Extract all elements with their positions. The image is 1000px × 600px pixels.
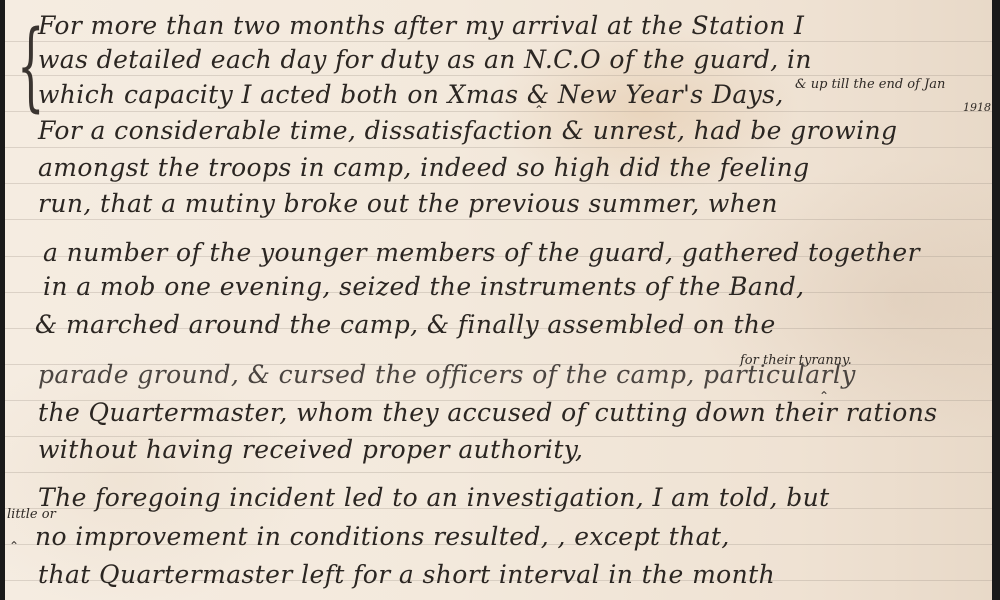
insertion-caret-icon: ⌃: [534, 104, 544, 116]
insertion-caret-icon: ⌃: [9, 540, 19, 552]
scan-frame: { For more than two months after my arri…: [0, 0, 1000, 600]
text-line-1: For more than two months after my arriva…: [38, 13, 804, 38]
insertion-line-3: & up till the end of Jan: [795, 78, 945, 91]
text-line-10: parade ground, & cursed the officers of …: [38, 362, 856, 387]
text-line-3: which capacity I acted both on Xmas & Ne…: [38, 82, 784, 107]
text-line-15: that Quartermaster left for a short inte…: [38, 562, 775, 587]
text-line-14: no improvement in conditions resulted, ,…: [35, 524, 730, 549]
text-line-9: & marched around the camp, & finally ass…: [35, 312, 776, 337]
ruled-line: [5, 183, 992, 184]
ruled-line: [5, 41, 992, 42]
text-line-6: run, that a mutiny broke out the previou…: [38, 191, 778, 216]
insertion-caret-icon: ⌃: [819, 390, 829, 402]
margin-insertion-line-14: little or: [7, 508, 56, 521]
text-line-4: For a considerable time, dissatisfaction…: [38, 118, 897, 143]
ruled-line: [5, 75, 992, 76]
text-line-2: was detailed each day for duty as an N.C…: [38, 47, 812, 72]
insertion-year: 1918: [963, 102, 991, 113]
text-line-7: a number of the younger members of the g…: [43, 240, 920, 265]
text-line-12: without having received proper authority…: [38, 437, 583, 462]
text-line-5: amongst the troops in camp, indeed so hi…: [38, 155, 810, 180]
ruled-line: [5, 147, 992, 148]
ruled-line: [5, 472, 992, 473]
ruled-line: [5, 111, 992, 112]
text-line-11: the Quartermaster, whom they accused of …: [38, 400, 937, 425]
insertion-line-10: for their tyranny.: [740, 354, 852, 367]
text-line-13: The foregoing incident led to an investi…: [38, 485, 830, 510]
ruled-line: [5, 219, 992, 220]
text-line-8: in a mob one evening, seized the instrum…: [43, 274, 804, 299]
diary-page: { For more than two months after my arri…: [5, 0, 992, 600]
